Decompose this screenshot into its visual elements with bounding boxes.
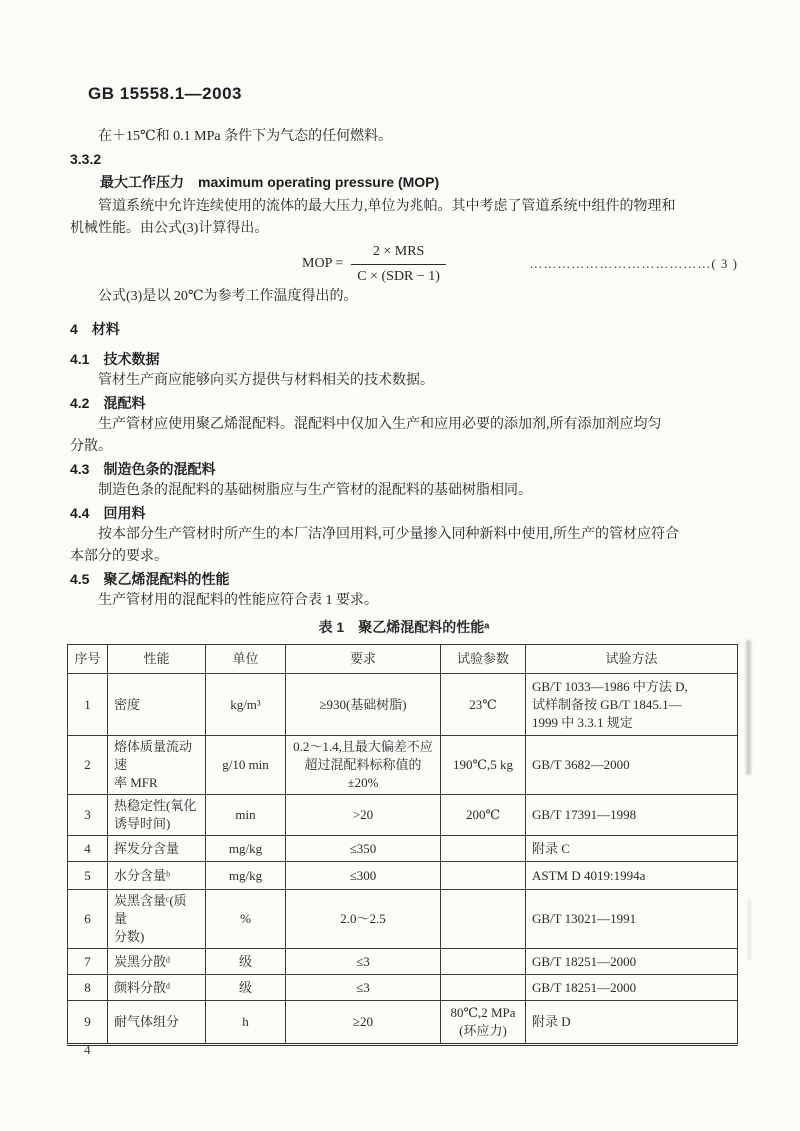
cell-no: 5 [68,862,108,890]
page-number: 4 [84,1042,91,1058]
cell-no: 3 [68,795,108,836]
cell-requirement: 2.0～2.5 [286,890,441,949]
cell-test-method: 附录 D [526,1001,738,1045]
paragraph-line: 管道系统中允许连续使用的流体的最大压力,单位为兆帕。其中考虑了管道系统中组件的物… [70,196,738,218]
equation-fraction: 2 × MRS C × (SDR − 1) [351,241,446,288]
cell-test-parameter [441,890,526,949]
section-44-heading: 4.4 回用料 [70,502,738,524]
cell-test-method: ASTM D 4019:1994a [526,862,738,890]
table-row: 7 炭黑分散ᵈ 级 ≤3 GB/T 18251—2000 [68,949,738,975]
col-header-no: 序号 [68,645,108,674]
term-chinese: 最大工作压力 [100,174,184,190]
table-row: 9 耐气体组分 h ≥20 80℃,2 MPa (环应力) 附录 D [68,1001,738,1045]
table-row: 1 密度 kg/m³ ≥930(基础树脂) 23℃ GB/T 1033—1986… [68,674,738,736]
scan-artifact [746,640,751,775]
cell-test-parameter: 80℃,2 MPa (环应力) [441,1001,526,1045]
cell-test-method: GB/T 18251—2000 [526,975,738,1001]
section-41-heading: 4.1 技术数据 [70,348,738,370]
cell-unit: 级 [206,975,286,1001]
cell-unit: h [206,1001,286,1045]
equation-number: …………………………………( 3 ) [529,253,738,275]
section-44-body-line: 本部分的要求。 [70,546,738,568]
table-row: 3 热稳定性(氧化 诱导时间) min >20 200℃ GB/T 17391—… [68,795,738,836]
cell-test-method: GB/T 13021—1991 [526,890,738,949]
cell-unit: min [206,795,286,836]
cell-test-parameter [441,862,526,890]
document-page: GB 15558.1—2003 在＋15℃和 0.1 MPa 条件下为气态的任何… [0,0,800,1131]
clause-number-332: 3.3.2 [70,148,738,170]
section-42-body-line: 分散。 [70,436,738,458]
section-45-heading: 4.5 聚乙烯混配料的性能 [70,568,738,590]
cell-test-parameter: 200℃ [441,795,526,836]
cell-test-parameter: 23℃ [441,674,526,736]
standard-number: GB 15558.1—2003 [88,84,242,104]
equation-label: ( 3 ) [711,256,738,271]
cell-test-method: GB/T 3682—2000 [526,736,738,795]
cell-no: 9 [68,1001,108,1045]
cell-property: 耐气体组分 [108,1001,206,1045]
col-header-test-method: 试验方法 [526,645,738,674]
cell-unit: 级 [206,949,286,975]
cell-requirement: ≥930(基础树脂) [286,674,441,736]
paragraph-line: 机械性能。由公式(3)计算得出。 [70,218,738,240]
cell-requirement: ≥20 [286,1001,441,1045]
equation-lhs: MOP = [302,253,343,275]
cell-unit: mg/kg [206,836,286,862]
cell-test-method: GB/T 17391—1998 [526,795,738,836]
cell-no: 2 [68,736,108,795]
cell-property: 熔体质量流动速 率 MFR [108,736,206,795]
cell-requirement: ≤3 [286,975,441,1001]
fraction-denominator: C × (SDR − 1) [351,265,446,288]
cell-property: 热稳定性(氧化 诱导时间) [108,795,206,836]
col-header-test-parameter: 试验参数 [441,645,526,674]
equation-3: MOP = 2 × MRS C × (SDR − 1) ………………………………… [70,242,738,286]
cell-property: 颜料分散ᵈ [108,975,206,1001]
formula-note: 公式(3)是以 20℃为参考工作温度得出的。 [70,286,738,308]
table-row: 5 水分含量ᵇ mg/kg ≤300 ASTM D 4019:1994a [68,862,738,890]
cell-no: 6 [68,890,108,949]
table-row: 4 挥发分含量 mg/kg ≤350 附录 C [68,836,738,862]
definition-text: 在＋15℃和 0.1 MPa 条件下为气态的任何燃料。 [70,126,738,148]
cell-no: 4 [68,836,108,862]
section-43-body: 制造色条的混配料的基础树脂应与生产管材的混配料的基础树脂相同。 [70,480,738,502]
table-row: 2 熔体质量流动速 率 MFR g/10 min 0.2～1.4,且最大偏差不应… [68,736,738,795]
section-42-body-line: 生产管材应使用聚乙烯混配料。混配料中仅加入生产和应用必要的添加剂,所有添加剂应均… [70,414,738,436]
cell-requirement: ≤350 [286,836,441,862]
table-1: 序号 性能 单位 要求 试验参数 试验方法 1 密度 kg/m³ ≥930(基础… [67,644,738,1046]
cell-requirement: >20 [286,795,441,836]
section-4-heading: 4 材料 [70,318,738,340]
col-header-unit: 单位 [206,645,286,674]
fraction-numerator: 2 × MRS [351,241,446,265]
col-header-requirement: 要求 [286,645,441,674]
cell-unit: mg/kg [206,862,286,890]
cell-test-parameter [441,949,526,975]
cell-no: 1 [68,674,108,736]
cell-requirement: ≤300 [286,862,441,890]
cell-test-parameter [441,836,526,862]
cell-property: 挥发分含量 [108,836,206,862]
cell-property: 炭黑含量ᶜ(质量 分数) [108,890,206,949]
cell-unit: kg/m³ [206,674,286,736]
cell-test-method: GB/T 1033—1986 中方法 D, 试样制备按 GB/T 1845.1—… [526,674,738,736]
table-1-caption: 表 1 聚乙烯混配料的性能ᵃ [70,616,738,638]
cell-no: 7 [68,949,108,975]
cell-property: 水分含量ᵇ [108,862,206,890]
cell-property: 炭黑分散ᵈ [108,949,206,975]
section-41-body: 管材生产商应能够向买方提供与材料相关的技术数据。 [70,370,738,392]
cell-requirement: 0.2～1.4,且最大偏差不应 超过混配料标称值的±20% [286,736,441,795]
cell-requirement: ≤3 [286,949,441,975]
equation-expression: MOP = 2 × MRS C × (SDR − 1) [302,241,446,288]
cell-test-parameter [441,975,526,1001]
cell-unit: % [206,890,286,949]
table-row: 6 炭黑含量ᶜ(质量 分数) % 2.0～2.5 GB/T 13021—1991 [68,890,738,949]
table-header-row: 序号 性能 单位 要求 试验参数 试验方法 [68,645,738,674]
cell-no: 8 [68,975,108,1001]
col-header-property: 性能 [108,645,206,674]
cell-test-method: 附录 C [526,836,738,862]
term-heading: 最大工作压力maximum operating pressure (MOP) [70,170,738,196]
cell-test-parameter: 190℃,5 kg [441,736,526,795]
cell-test-method: GB/T 18251—2000 [526,949,738,975]
table-row: 8 颜料分散ᵈ 级 ≤3 GB/T 18251—2000 [68,975,738,1001]
scan-artifact [748,900,751,960]
section-45-body: 生产管材用的混配料的性能应符合表 1 要求。 [70,590,738,612]
cell-unit: g/10 min [206,736,286,795]
section-43-heading: 4.3 制造色条的混配料 [70,458,738,480]
cell-property: 密度 [108,674,206,736]
equation-leader-dots: ………………………………… [529,256,711,271]
section-44-body-line: 按本部分生产管材时所产生的本厂洁净回用料,可少量掺入同种新料中使用,所生产的管材… [70,524,738,546]
term-english: maximum operating pressure (MOP) [198,174,439,190]
page-body: 在＋15℃和 0.1 MPa 条件下为气态的任何燃料。 3.3.2 最大工作压力… [70,126,738,1046]
section-42-heading: 4.2 混配料 [70,392,738,414]
